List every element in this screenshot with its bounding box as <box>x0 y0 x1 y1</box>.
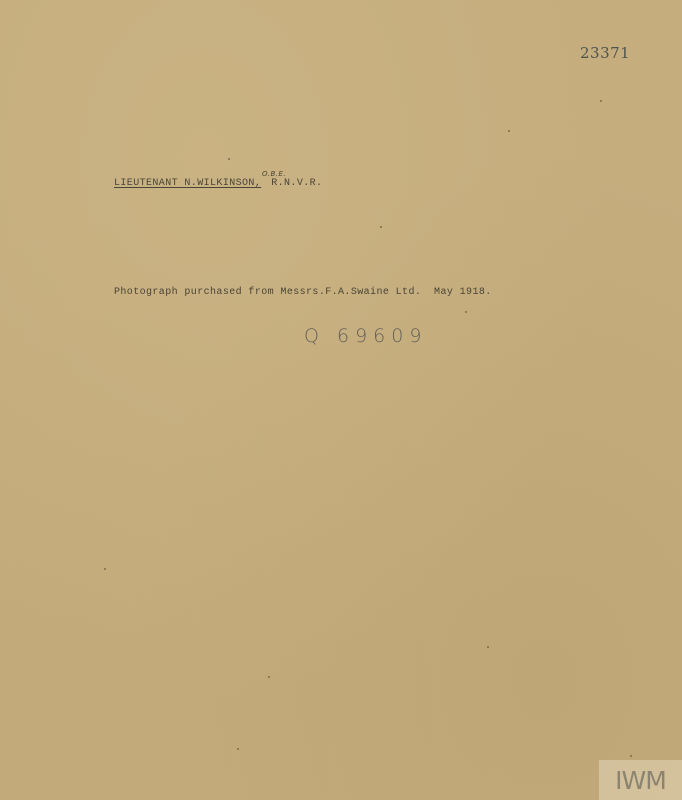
paper-speck <box>380 226 382 228</box>
paper-speck <box>268 676 270 678</box>
caption-text: Photograph purchased from Messrs.F.A.Swa… <box>114 287 492 298</box>
honour-annotation: O.B.E. <box>262 170 286 178</box>
archive-card-background <box>0 0 682 800</box>
paper-speck <box>104 568 106 570</box>
service-branch: R.N.V.R. <box>271 178 322 189</box>
catalogue-number: Q 69609 <box>304 325 427 347</box>
reference-number: 23371 <box>580 44 630 62</box>
subject-line: LIEUTENANT N.WILKINSON,R.N.V.R. <box>114 178 322 189</box>
paper-speck <box>630 755 632 757</box>
subject-name: LIEUTENANT N.WILKINSON, <box>114 178 261 189</box>
paper-speck <box>487 646 489 648</box>
paper-speck <box>465 311 467 313</box>
paper-speck <box>228 158 230 160</box>
iwm-watermark-logo: IWM <box>599 760 682 800</box>
paper-speck <box>508 130 510 132</box>
paper-speck <box>237 748 239 750</box>
paper-speck <box>600 100 602 102</box>
